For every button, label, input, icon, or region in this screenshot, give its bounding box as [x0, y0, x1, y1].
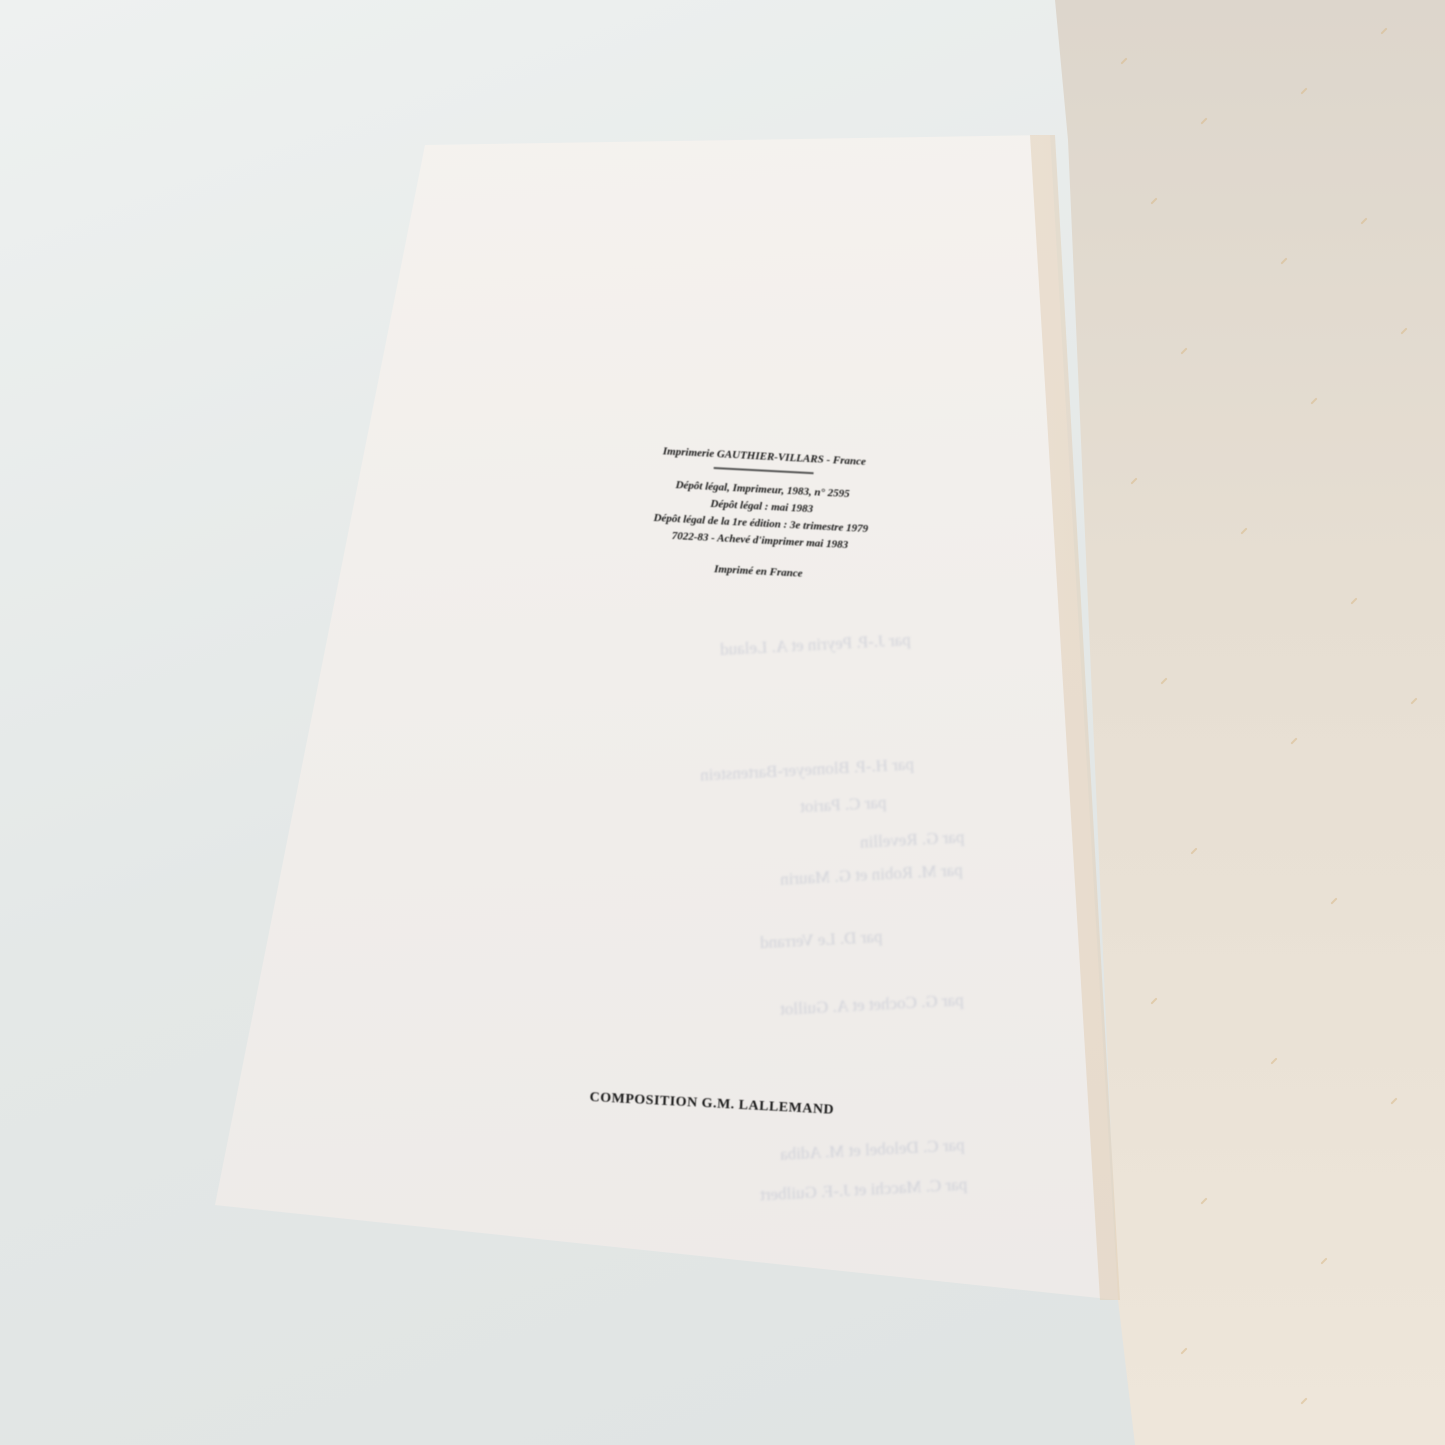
colophon-block: Imprimerie GAUTHIER-VILLARS - France Dép… — [593, 440, 929, 589]
divider — [714, 467, 814, 474]
